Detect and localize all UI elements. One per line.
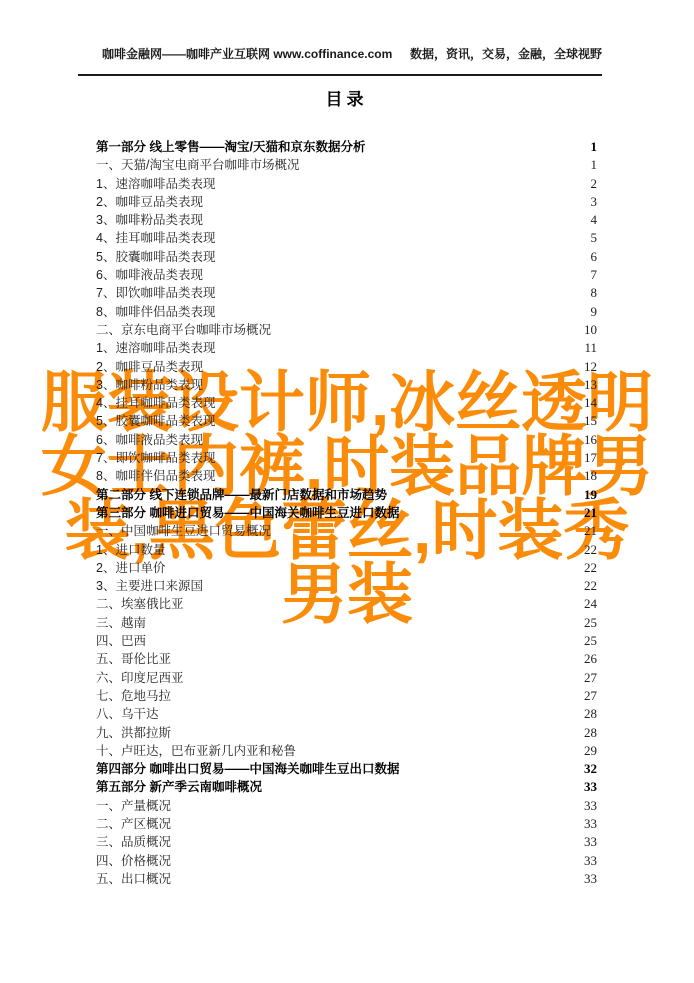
toc-row: 第二部分 线下连锁品牌——最新门店数据和市场趋势19 bbox=[96, 486, 597, 504]
toc-row-label: 三、越南 bbox=[96, 614, 146, 632]
toc-row-page-number: 1 bbox=[591, 138, 598, 156]
toc-row-page-number: 25 bbox=[584, 614, 597, 632]
toc-row-page-number: 18 bbox=[584, 467, 597, 485]
toc-row-label: 2、咖啡豆品类表现 bbox=[96, 193, 203, 211]
toc-row-page-number: 16 bbox=[584, 431, 597, 449]
toc-row-label: 二、埃塞俄比亚 bbox=[96, 595, 184, 613]
toc-row-label: 5、胶囊咖啡品类表现 bbox=[96, 412, 215, 430]
toc-row-page-number: 29 bbox=[584, 742, 597, 760]
toc-row-page-number: 2 bbox=[591, 175, 598, 193]
toc-row: 三、越南25 bbox=[96, 614, 597, 632]
toc-list: 第一部分 线上零售——淘宝/天猫和京东数据分析1一、天猫/淘宝电商平台咖啡市场概… bbox=[96, 138, 597, 888]
toc-row: 7、即饮咖啡品类表现17 bbox=[96, 449, 597, 467]
toc-row-page-number: 27 bbox=[584, 687, 597, 705]
toc-row: 十、卢旺达，巴布亚新几内亚和秘鲁29 bbox=[96, 742, 597, 760]
toc-row-label: 五、出口概况 bbox=[96, 870, 171, 888]
toc-row-page-number: 27 bbox=[584, 669, 597, 687]
toc-row: 三、品质概况33 bbox=[96, 833, 597, 851]
toc-row-label: 4、挂耳咖啡品类表现 bbox=[96, 394, 215, 412]
toc-row: 7、即饮咖啡品类表现8 bbox=[96, 284, 597, 302]
toc-row: 5、胶囊咖啡品类表现6 bbox=[96, 248, 597, 266]
toc-row: 3、主要进口来源国22 bbox=[96, 577, 597, 595]
toc-row: 七、危地马拉27 bbox=[96, 687, 597, 705]
toc-row-label: 6、咖啡液品类表现 bbox=[96, 266, 203, 284]
document-page: 服装设计师,冰丝透明女士内裤,时装品牌男装,黑色蕾丝,时装秀男装 咖啡金融网——… bbox=[0, 0, 694, 983]
toc-row: 四、巴西25 bbox=[96, 632, 597, 650]
toc-row: 4、挂耳咖啡品类表现5 bbox=[96, 229, 597, 247]
toc-row: 一、天猫/淘宝电商平台咖啡市场概况1 bbox=[96, 156, 597, 174]
toc-row-label: 第二部分 线下连锁品牌——最新门店数据和市场趋势 bbox=[96, 486, 387, 504]
toc-row-page-number: 8 bbox=[591, 284, 598, 302]
toc-row-page-number: 11 bbox=[584, 339, 597, 357]
toc-row-label: 1、速溶咖啡品类表现 bbox=[96, 339, 215, 357]
toc-row-page-number: 33 bbox=[584, 797, 597, 815]
toc-row: 6、咖啡液品类表现16 bbox=[96, 431, 597, 449]
toc-row: 四、价格概况33 bbox=[96, 852, 597, 870]
toc-row-page-number: 22 bbox=[584, 577, 597, 595]
toc-row: 一、中国咖啡生豆进口贸易概况21 bbox=[96, 522, 597, 540]
toc-row-page-number: 14 bbox=[584, 394, 597, 412]
toc-row: 4、挂耳咖啡品类表现14 bbox=[96, 394, 597, 412]
toc-row: 5、胶囊咖啡品类表现15 bbox=[96, 412, 597, 430]
toc-row-page-number: 28 bbox=[584, 724, 597, 742]
toc-row-label: 6、咖啡液品类表现 bbox=[96, 431, 203, 449]
toc-row-page-number: 21 bbox=[584, 504, 597, 522]
toc-row: 8、咖啡伴侣品类表现9 bbox=[96, 303, 597, 321]
toc-row-label: 3、咖啡粉品类表现 bbox=[96, 211, 203, 229]
toc-row-label: 二、产区概况 bbox=[96, 815, 171, 833]
document-content: 咖啡金融网——咖啡产业互联网 www.coffinance.com 数据，资讯，… bbox=[0, 46, 694, 888]
toc-row-label: 第五部分 新产季云南咖啡概况 bbox=[96, 778, 262, 796]
toc-row: 二、产区概况33 bbox=[96, 815, 597, 833]
toc-row-label: 一、天猫/淘宝电商平台咖啡市场概况 bbox=[96, 156, 299, 174]
toc-row-label: 7、即饮咖啡品类表现 bbox=[96, 449, 215, 467]
toc-row: 第五部分 新产季云南咖啡概况33 bbox=[96, 778, 597, 796]
toc-row-page-number: 33 bbox=[584, 778, 597, 796]
toc-row: 第四部分 咖啡出口贸易——中国海关咖啡生豆出口数据32 bbox=[96, 760, 597, 778]
toc-row-label: 2、咖啡豆品类表现 bbox=[96, 358, 203, 376]
toc-row-page-number: 28 bbox=[584, 705, 597, 723]
toc-row-label: 4、挂耳咖啡品类表现 bbox=[96, 229, 215, 247]
toc-row-page-number: 13 bbox=[584, 376, 597, 394]
toc-row-label: 三、品质概况 bbox=[96, 833, 171, 851]
toc-row-page-number: 19 bbox=[584, 486, 597, 504]
toc-row-label: 八、乌干达 bbox=[96, 705, 159, 723]
toc-row-label: 七、危地马拉 bbox=[96, 687, 171, 705]
toc-row: 1、速溶咖啡品类表现11 bbox=[96, 339, 597, 357]
toc-row-label: 六、印度尼西亚 bbox=[96, 669, 184, 687]
toc-row-page-number: 5 bbox=[591, 229, 598, 247]
toc-row-label: 二、京东电商平台咖啡市场概况 bbox=[96, 321, 271, 339]
toc-row-label: 一、中国咖啡生豆进口贸易概况 bbox=[96, 522, 271, 540]
toc-row: 1、进口数量22 bbox=[96, 541, 597, 559]
toc-row: 3、咖啡粉品类表现13 bbox=[96, 376, 597, 394]
toc-row-page-number: 4 bbox=[591, 211, 598, 229]
toc-row-page-number: 12 bbox=[584, 358, 597, 376]
toc-row-page-number: 26 bbox=[584, 650, 597, 668]
toc-row: 八、乌干达28 bbox=[96, 705, 597, 723]
toc-row-page-number: 33 bbox=[584, 815, 597, 833]
toc-row: 1、速溶咖啡品类表现2 bbox=[96, 175, 597, 193]
toc-row: 五、哥伦比亚26 bbox=[96, 650, 597, 668]
toc-row: 3、咖啡粉品类表现4 bbox=[96, 211, 597, 229]
toc-row-page-number: 22 bbox=[584, 559, 597, 577]
toc-row-label: 1、进口数量 bbox=[96, 541, 165, 559]
toc-row-page-number: 3 bbox=[591, 193, 598, 211]
toc-row-label: 第三部分 咖啡进口贸易——中国海关咖啡生豆进口数据 bbox=[96, 504, 399, 522]
toc-row-label: 九、洪都拉斯 bbox=[96, 724, 171, 742]
toc-row: 第一部分 线上零售——淘宝/天猫和京东数据分析1 bbox=[96, 138, 597, 156]
toc-row-label: 2、进口单价 bbox=[96, 559, 165, 577]
toc-row-page-number: 32 bbox=[584, 760, 597, 778]
toc-row-page-number: 22 bbox=[584, 541, 597, 559]
toc-row-page-number: 33 bbox=[584, 833, 597, 851]
toc-row-label: 3、主要进口来源国 bbox=[96, 577, 203, 595]
site-tagline: 数据，资讯，交易，金融，全球视野 bbox=[410, 46, 602, 62]
toc-row-label: 五、哥伦比亚 bbox=[96, 650, 171, 668]
toc-row-label: 第一部分 线上零售——淘宝/天猫和京东数据分析 bbox=[96, 138, 365, 156]
page-header: 咖啡金融网——咖啡产业互联网 www.coffinance.com 数据，资讯，… bbox=[78, 46, 602, 76]
toc-row-label: 8、咖啡伴侣品类表现 bbox=[96, 303, 215, 321]
toc-row-label: 7、即饮咖啡品类表现 bbox=[96, 284, 215, 302]
toc-row: 2、咖啡豆品类表现3 bbox=[96, 193, 597, 211]
toc-row-label: 四、巴西 bbox=[96, 632, 146, 650]
toc-row-page-number: 33 bbox=[584, 870, 597, 888]
toc-row-page-number: 33 bbox=[584, 852, 597, 870]
toc-row: 二、京东电商平台咖啡市场概况10 bbox=[96, 321, 597, 339]
toc-row: 8、咖啡伴侣品类表现18 bbox=[96, 467, 597, 485]
toc-row-page-number: 21 bbox=[584, 522, 597, 540]
toc-row-page-number: 10 bbox=[584, 321, 597, 339]
toc-row-page-number: 1 bbox=[591, 156, 598, 174]
toc-row-page-number: 25 bbox=[584, 632, 597, 650]
toc-row-page-number: 15 bbox=[584, 412, 597, 430]
toc-row: 6、咖啡液品类表现7 bbox=[96, 266, 597, 284]
toc-row-label: 一、产量概况 bbox=[96, 797, 171, 815]
toc-row-label: 1、速溶咖啡品类表现 bbox=[96, 175, 215, 193]
toc-row-label: 十、卢旺达，巴布亚新几内亚和秘鲁 bbox=[96, 742, 296, 760]
site-title: 咖啡金融网——咖啡产业互联网 www.coffinance.com bbox=[102, 46, 392, 62]
toc-row-label: 四、价格概况 bbox=[96, 852, 171, 870]
toc-row-page-number: 7 bbox=[591, 266, 598, 284]
page-title: 目录 bbox=[96, 91, 597, 109]
toc-row: 九、洪都拉斯28 bbox=[96, 724, 597, 742]
toc-row-label: 8、咖啡伴侣品类表现 bbox=[96, 467, 215, 485]
toc-row: 二、埃塞俄比亚24 bbox=[96, 595, 597, 613]
toc-row-page-number: 17 bbox=[584, 449, 597, 467]
toc-row-label: 3、咖啡粉品类表现 bbox=[96, 376, 203, 394]
toc-row-page-number: 24 bbox=[584, 595, 597, 613]
toc-row-page-number: 6 bbox=[591, 248, 598, 266]
toc-row: 五、出口概况33 bbox=[96, 870, 597, 888]
toc-row: 第三部分 咖啡进口贸易——中国海关咖啡生豆进口数据21 bbox=[96, 504, 597, 522]
toc-row-label: 5、胶囊咖啡品类表现 bbox=[96, 248, 215, 266]
toc-row: 2、进口单价22 bbox=[96, 559, 597, 577]
toc-row: 一、产量概况33 bbox=[96, 797, 597, 815]
toc-row-page-number: 9 bbox=[591, 303, 598, 321]
toc-row-label: 第四部分 咖啡出口贸易——中国海关咖啡生豆出口数据 bbox=[96, 760, 399, 778]
toc-row: 六、印度尼西亚27 bbox=[96, 669, 597, 687]
toc-row: 2、咖啡豆品类表现12 bbox=[96, 358, 597, 376]
